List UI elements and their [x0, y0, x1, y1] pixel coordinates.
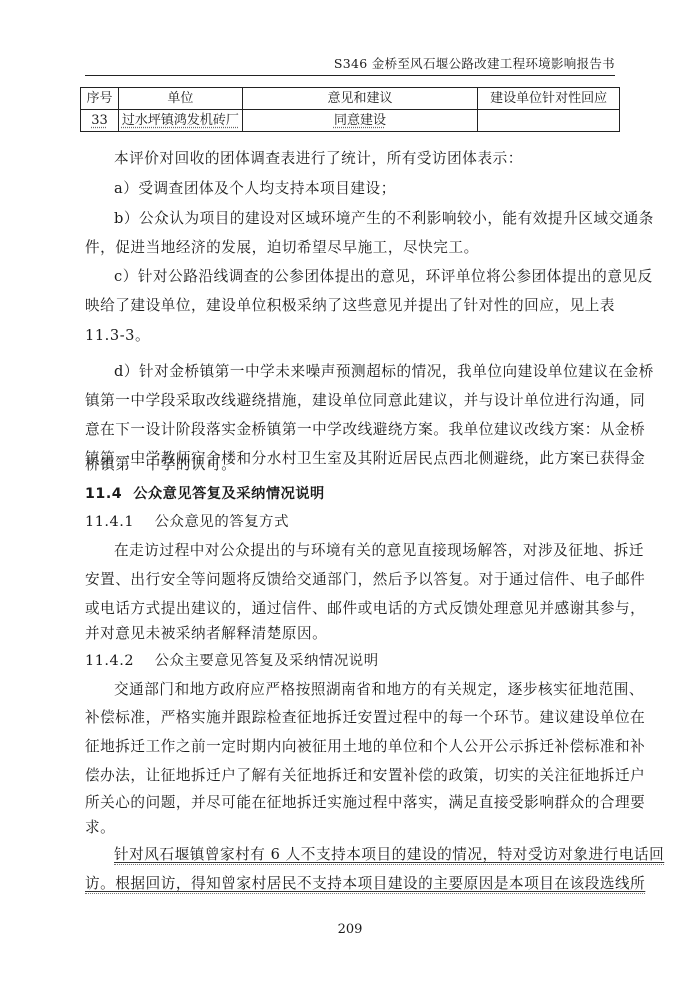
paragraph-line: 桥镇第一中学的认可。 [85, 455, 615, 475]
cell-opinion: 同意建设 [242, 110, 478, 132]
column-header-unit: 单位 [118, 88, 242, 110]
paragraph-line: 件，促进当地经济的发展，迫切希望尽早施工，尽快完工。 [85, 238, 615, 258]
underlined-paragraph-line: 针对风石堰镇曾家村有 6 人不支持本项目的建设的情况，特对受访对象进行电话回 [114, 845, 615, 865]
paragraph-line: 偿办法，让征地拆迁户了解有关征地拆迁和安置补偿的政策，切实的关注征地拆迁户 [85, 766, 615, 786]
paragraph-line: 意在下一设计阶段落实金桥镇第一中学改线避绕方案。我单位建议改线方案：从金桥 [85, 420, 615, 440]
paragraph-line: 或电话方式提出建议的，通过信件、邮件或电话的方式反馈处理意见并感谢其参与， [85, 599, 615, 619]
cell-unit: 过水坪镇鸿发机砖厂 [118, 110, 242, 132]
paragraph-line: 在走访过程中对公众提出的与环境有关的意见直接现场解答，对涉及征地、拆迁 [114, 541, 615, 561]
paragraph-line: 交通部门和地方政府应严格按照湖南省和地方的有关规定，逐步核实征地范围、 [114, 680, 615, 700]
paragraph-line: 求。 [85, 818, 615, 838]
section-heading-11-4-2: 11.4.2 公众主要意见答复及采纳情况说明 [85, 651, 615, 671]
document-title: S346 金桥至风石堰公路改建工程环境影响报告书 [334, 56, 615, 71]
paragraph-line: 所关心的问题，并尽可能在征地拆迁实施过程中落实，满足直接受影响群众的合理要 [85, 793, 615, 813]
section-heading-11-4-1: 11.4.1 公众意见的答复方式 [85, 512, 615, 532]
paragraph-line: 镇第一中学段采取改线避绕措施，建设单位同意此建议，并与设计单位进行沟通，同 [85, 391, 615, 411]
cell-response [478, 110, 620, 132]
column-header-no: 序号 [81, 88, 119, 110]
paragraph-line: 本评价对回收的团体调查表进行了统计，所有受访团体表示： [114, 149, 615, 169]
list-item-b: b）公众认为项目的建设对区域环境产生的不利影响较小，能有效提升区域交通条 [114, 209, 615, 229]
underlined-paragraph-line: 访。根据回访，得知曾家村居民不支持本项目建设的主要原因是本项目在该段选线所 [85, 874, 615, 894]
table-header-row: 序号 单位 意见和建议 建设单位针对性回应 [81, 88, 620, 110]
paragraph-line: 并对意见未被采纳者解释清楚原因。 [85, 624, 615, 644]
list-item-a: a）受调查团体及个人均支持本项目建设； [114, 179, 615, 199]
page-number: 209 [0, 922, 700, 937]
paragraph-line: 安置、出行安全等问题将反馈给交通部门，然后予以答复。对于通过信件、电子邮件 [85, 570, 615, 590]
paragraph-line: 映给了建设单位，建设单位积极采纳了这些意见并提出了针对性的回应，见上表 [85, 296, 615, 316]
opinion-table: 序号 单位 意见和建议 建设单位针对性回应 33 过水坪镇鸿发机砖厂 同意建设 [80, 87, 620, 132]
document-header: S346 金桥至风石堰公路改建工程环境影响报告书 [85, 55, 615, 76]
column-header-opinion: 意见和建议 [242, 88, 478, 110]
table-row: 33 过水坪镇鸿发机砖厂 同意建设 [81, 110, 620, 132]
list-item-d: d）针对金桥镇第一中学未来噪声预测超标的情况，我单位向建设单位建议在金桥 [114, 362, 615, 382]
paragraph-line: 征地拆迁工作之前一定时期内向被征用土地的单位和个人公开公示拆迁补偿标准和补 [85, 737, 615, 757]
paragraph-line: 11.3-3。 [85, 326, 615, 346]
paragraph-line: 补偿标准，严格实施并跟踪检查征地拆迁安置过程中的每一个环节。建议建设单位在 [85, 708, 615, 728]
column-header-response: 建设单位针对性回应 [478, 88, 620, 110]
section-heading-11-4: 11.4 公众意见答复及采纳情况说明 [85, 484, 615, 504]
cell-no: 33 [81, 110, 119, 132]
list-item-c: c）针对公路沿线调查的公参团体提出的意见，环评单位将公参团体提出的意见反 [114, 267, 615, 287]
